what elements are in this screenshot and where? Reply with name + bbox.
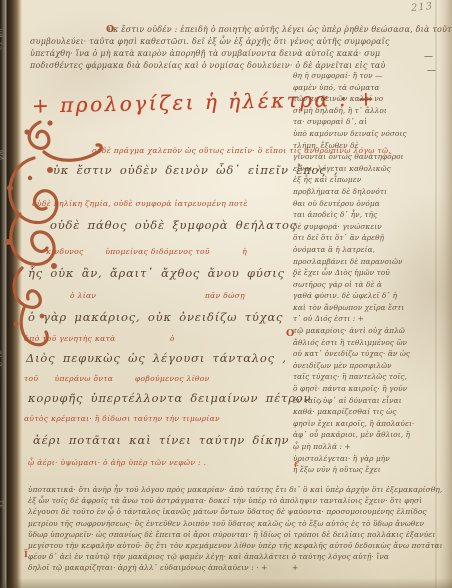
margin-scholia-line: καὶ τὸν ἄνθρωπον χεῖρα ἔστι bbox=[293, 302, 438, 314]
margin-scholia-line: ἀφ᾿ οὗ μακάριοι, μὲν ἄθλιοι, ἢ bbox=[293, 429, 438, 441]
margin-scholia-line: τ᾿ οὐ Διός ἐστι : + bbox=[293, 313, 438, 325]
main-text-line: ᾧ ἀέρι· ὑψώμασι· ὁ ἀὴρ ὑπὲρ τῶν νεφῶν : … bbox=[28, 458, 206, 467]
margin-scholia-line: τα· συμφοραὶ δ᾿, αἱ bbox=[293, 116, 438, 128]
margin-scholia-line: θαι οὐ δευτέρου ὀνόμα bbox=[293, 198, 438, 210]
margin-scholia-line: ὑριστολέγεται· ἢ γὰρ μὴν bbox=[293, 453, 438, 465]
margin-scholia-line: ὅτι δεῖ ὅτι ὅτ᾿ ἂν ἀρεθῇ bbox=[293, 232, 438, 244]
main-text-line: κίνδυνος ὑπομείνας διδόμενος τοῦ ἡ bbox=[46, 247, 247, 256]
margin-scholia-line: ἡ ἔξω νῦν ἡ οὕτως ἔχει bbox=[293, 464, 438, 476]
margin-scholia-line: ταῖς τύχαις· ἢ παντελῶς τοῖς, bbox=[293, 371, 438, 383]
bottom-scholia-line: φέον δ᾿ ἀεὶ ἐν ταὐτῷ τὴν μακάριος τῷ φαμ… bbox=[28, 551, 446, 562]
margin-scholia-line: γίνονται ὄντως θανατηφόροι bbox=[293, 151, 438, 163]
margin-scholia-line: προβλήματα δὲ δηλονότι bbox=[293, 186, 438, 198]
main-text-line: τοῦ ὑπεράνω ὄντα φοβούμενος λίθον bbox=[24, 374, 210, 383]
margin-scholia-line: τλήμη. ἔξωθεν δὲ bbox=[293, 140, 438, 152]
bottom-scholia-line: ὑποτακτικά· ὅτι ἀνὴρ ἦν τοῦ λόγου πρὸς μ… bbox=[28, 484, 446, 495]
margin-scholia-line: ἐξ ἧς καὶ εἴπωμεν bbox=[293, 174, 438, 186]
main-text-line: ἧς οὐκ ἂν, ἄραιτ᾿ ἄχθος ἄνου φύσις . bbox=[28, 266, 297, 280]
margin-scholia-line: οὐ κατ᾿ ὀνειδίζω τύχας· ἂν ὡς bbox=[293, 348, 438, 360]
margin-scholia-line: προσλαμβάνει δὲ παρανοιῶν bbox=[293, 256, 438, 268]
bottom-scholia-line: δηλοῖ τῷ μακαρίζηται· ἀρχὴ ἀλλ᾿ εὐδαιμόν… bbox=[28, 562, 446, 573]
bottom-scholia-line: λέγουσι δὲ τοῦτο ἐν ᾧ ὁ τάνταλος ἱκανῶς … bbox=[28, 506, 446, 517]
bottom-scholia-line: μεγίστου τὴν κεφαλὴν αὐτοῦ· ὃς ἔτι τὸν κ… bbox=[28, 540, 446, 551]
margin-scholia-line: εἶναι· λέγεται καθολικῶς bbox=[293, 163, 438, 175]
main-text-line: οὐδὲ πηλίκη ζημία, οὐδὲ συμφορὰ ἰατρευομ… bbox=[32, 199, 248, 208]
main-text-line: Διὸς πεφυκὼς ὡς λέγουσι τάνταλος , bbox=[26, 351, 287, 365]
margin-scholia-line: σωτῆρος γάρ οἱ τὰ δὲ ἀ bbox=[293, 279, 438, 291]
margin-scholia-line: γαθά φύσιν. δὲ ὠφελεῖ δ᾿ ἡ bbox=[293, 290, 438, 302]
margin-scholia-line: τῶν τε δεινῶν καλοί νο bbox=[293, 93, 438, 105]
manuscript-page-scan: μθ τρ ωλ αι σ τε 213 Ο ὐκ ἔστιν οὐδέν : … bbox=[0, 0, 452, 588]
margin-scholia-line: φαμὲν ὑπό, τὰ σώματα bbox=[293, 82, 438, 94]
bottom-scholia-block: ὑποτακτικά· ὅτι ἀνὴρ ἦν τοῦ λόγου πρὸς μ… bbox=[28, 484, 446, 574]
bottom-scholia-line: ὕδωρ ὑποχωρεῖν· ὡς σπανίως δὲ ἔπειτα οἱ … bbox=[28, 529, 446, 540]
main-text-line: ὁ λίαν πᾶν δώσῃ bbox=[70, 291, 245, 300]
margin-scholia-line: ἐν ταῖς ὑφ᾿ αἱ δύναται εἶναι bbox=[293, 395, 438, 407]
main-text-line: οὐδὲ πάθος οὐδὲ ξυμφορὰ θεήλατος , bbox=[50, 218, 309, 232]
margin-scholia-line: ται ἀποδεὶς δ᾿ ἦν, τῆς bbox=[293, 209, 438, 221]
margin-scholia-column: θη ἡ συμφοραί· ἤ τον —φαμὲν ὑπό, τὰ σώμα… bbox=[293, 70, 438, 476]
margin-scholia-line: σὶ μὴ δηλαδή, ἢ τ᾿ ἄλλοι bbox=[293, 105, 438, 117]
margin-scholia-line: ὀνειδίζων μὲν προσφιλῶν bbox=[293, 360, 438, 372]
bottom-scholia-line: μετρίου τῆς σωφρονήσεως· ὃς ἐντεῦθεν λοι… bbox=[28, 518, 446, 529]
margin-scholia-line: ὃ φησὶ· πάντα καιροῖς· ἢ γοῦν bbox=[293, 383, 438, 395]
margin-scholia-line: καθά· μακαρίζεσθαί τις ὡς bbox=[293, 406, 438, 418]
main-text-line: ἀέρι ποτᾶται καὶ τίνει ταύτην δίκην bbox=[33, 433, 289, 447]
main-text-line: ὁ γὰρ μακάριος, οὐκ ὀνειδίζω τύχας bbox=[28, 310, 283, 324]
margin-scholia-line: δὲ συμφορά· γινώσκειν bbox=[293, 221, 438, 233]
margin-scholia-line: τῷ μακαρίοις· ἀντὶ οὐχ ἁπλῶ bbox=[293, 325, 438, 337]
main-text-line: κορυφῆς ὑπερτέλλοντα δειμαίνων πέτρον , bbox=[28, 391, 323, 405]
margin-scholia-line: ᾧ μὴ πολλά : + bbox=[293, 441, 438, 453]
margin-scholia-line: φησὶν ἔχει καιροῖς, ἢ ἀπολαύει· bbox=[293, 418, 438, 430]
margin-scholia-line: ὀνόματα ἃ ἡ λατρεία, bbox=[293, 244, 438, 256]
main-text-line: αὐτὸς κρέμαται· ἢ δίδωσι ταύτην τὴν τιμω… bbox=[24, 414, 220, 423]
margin-scholia-line: ἄθλιός ἐστι ἢ τεθλιμμένος ὢν bbox=[293, 337, 438, 349]
bottom-scholia-line: ἐξ ὧν τοῖς δὲ ἀφροῖς τὰ ἄνω τοῦ ἀστράγμα… bbox=[28, 495, 446, 506]
main-text-line: ἀπὸ τοῦ γενητὴς κατὰ ὁ bbox=[24, 334, 175, 343]
margin-scholia-line: δὲ ἔχει ὧν Διὸς ἡμῶν τοῦ bbox=[293, 267, 438, 279]
margin-scholia-line: ὑπὸ καμόντων δειναῖς νόσοις bbox=[293, 128, 438, 140]
margin-scholia-line: θη ἡ συμφοραί· ἤ τον — bbox=[293, 70, 438, 82]
